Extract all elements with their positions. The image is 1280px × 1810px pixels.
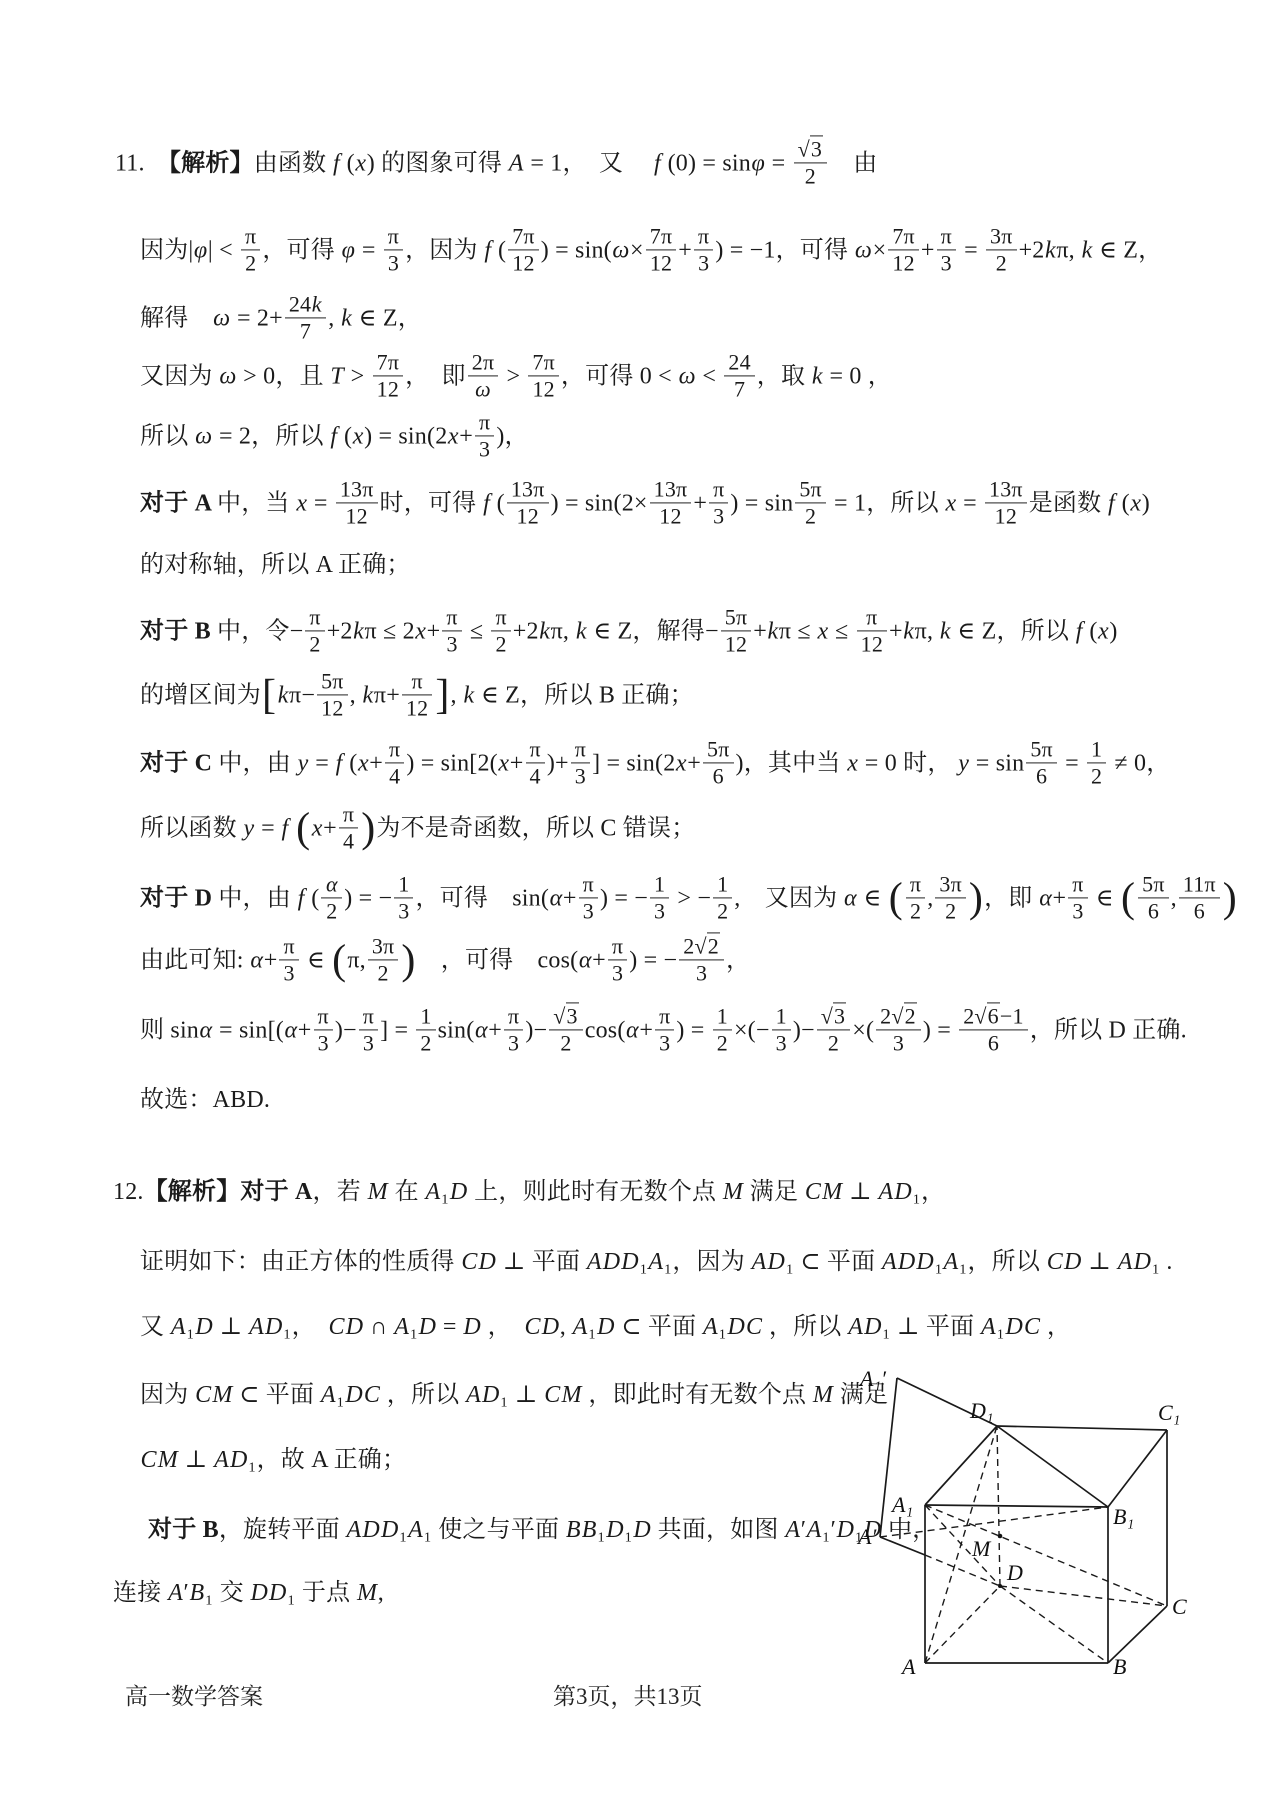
cube-labels: A₁′ D₁ C₁ A₁ B₁ A′ M D C A B	[856, 1366, 1187, 1679]
solution-line: 对于 B 中，令−π2+2kπ ≤ 2x+π3 ≤ π2+2kπ, k ∈ Z，…	[140, 607, 1118, 658]
vertex-label-a: A	[900, 1654, 916, 1679]
solution-line: 解得 ω = 2+24k7, k ∈ Z，	[140, 294, 422, 345]
footer-document-title: 高一数学答案	[125, 1678, 263, 1711]
solution-line: 因为|φ| < π2，可得 φ = π3，因为 f (7π12) = sin(ω…	[140, 226, 1162, 277]
solution-line: 对于 A 中，当 x = 13π12时，可得 f (13π12) = sin(2…	[140, 479, 1150, 530]
vertex-label-b: B	[1113, 1654, 1126, 1679]
solution-line: 的增区间为[kπ−5π12, kπ+π12], k ∈ Z，所以 B 正确；	[140, 671, 694, 722]
solution-line: 则 sinα = sin[(α+π3)−π3] = 12sin(α+π3)−√3…	[140, 1006, 1187, 1057]
solution-line: CM ⊥ AD₁，故 A 正确；	[140, 1445, 406, 1475]
vertex-label-m: M	[971, 1536, 992, 1561]
solution-line: 对于 B，旋转平面 ADD₁A₁ 使之与平面 BB₁D₁D 共面，如图 A′A₁…	[148, 1515, 936, 1545]
solution-line: 证明如下：由正方体的性质得 CD ⊥ 平面 ADD₁A₁，因为 AD₁ ⊂ 平面…	[140, 1247, 1173, 1277]
vertex-label-d1: D₁	[969, 1398, 994, 1423]
cube-dashed-edges	[880, 1426, 1167, 1663]
solution-line: 12.【解析】对于 A，若 M 在 A₁D 上，则此时有无数个点 M 满足 CM…	[113, 1177, 945, 1207]
solution-line: 因为 CM ⊂ 平面 A₁DC ，所以 AD₁ ⊥ CM ，即此时有无数个点 M…	[140, 1380, 888, 1410]
vertex-label-c: C	[1172, 1594, 1187, 1619]
point-D-dot	[998, 1584, 1002, 1588]
solution-line: 又 A₁D ⊥ AD₁， CD ∩ A₁D = D ， CD, A₁D ⊂ 平面…	[140, 1312, 1071, 1342]
solution-line: 对于 D 中，由 f (α2) = −13，可得 sin(α+π3) = −13…	[140, 874, 1238, 925]
solution-line: 对于 C 中，由 y = f (x+π4) = sin[2(x+π4)+π3] …	[140, 739, 1170, 790]
point-M-dot	[998, 1534, 1003, 1539]
solution-line: 11. 【解析】由函数 f (x) 的图象可得 A = 1， 又 f (0) =…	[115, 139, 877, 190]
vertex-label-a1-prime: A₁′	[858, 1366, 887, 1391]
vertex-label-d: D	[1006, 1560, 1023, 1585]
vertex-label-b1: B₁	[1113, 1504, 1134, 1529]
vertex-label-c1: C₁	[1158, 1400, 1180, 1425]
solution-line: 连接 A′B₁ 交 DD₁ 于点 M,	[113, 1578, 384, 1608]
document-page: 11. 【解析】由函数 f (x) 的图象可得 A = 1， 又 f (0) =…	[0, 0, 1280, 1810]
vertex-label-a1: A₁	[890, 1492, 913, 1517]
solution-line: 故选：ABD.	[140, 1085, 270, 1115]
solution-line: 由此可知: α+π3 ∈ (π,3π2) ，可得 cos(α+π3) = −2√…	[140, 936, 750, 987]
vertex-label-a-prime: A′	[856, 1524, 877, 1549]
solution-line: 又因为 ω > 0，且 T > 7π12， 即2πω > 7π12，可得 0 <…	[140, 352, 892, 403]
footer-page-number: 第3页，共13页	[553, 1678, 703, 1711]
solution-line: 的对称轴，所以 A 正确；	[140, 550, 411, 580]
solution-line: 所以 ω = 2，所以 f (x) = sin(2x+π3)，	[140, 412, 529, 463]
cube-figure: A₁′ D₁ C₁ A₁ B₁ A′ M D C A B	[850, 1360, 1210, 1705]
solution-line: 所以函数 y = f (x+π4)为不是奇函数，所以 C 错误；	[140, 804, 695, 855]
